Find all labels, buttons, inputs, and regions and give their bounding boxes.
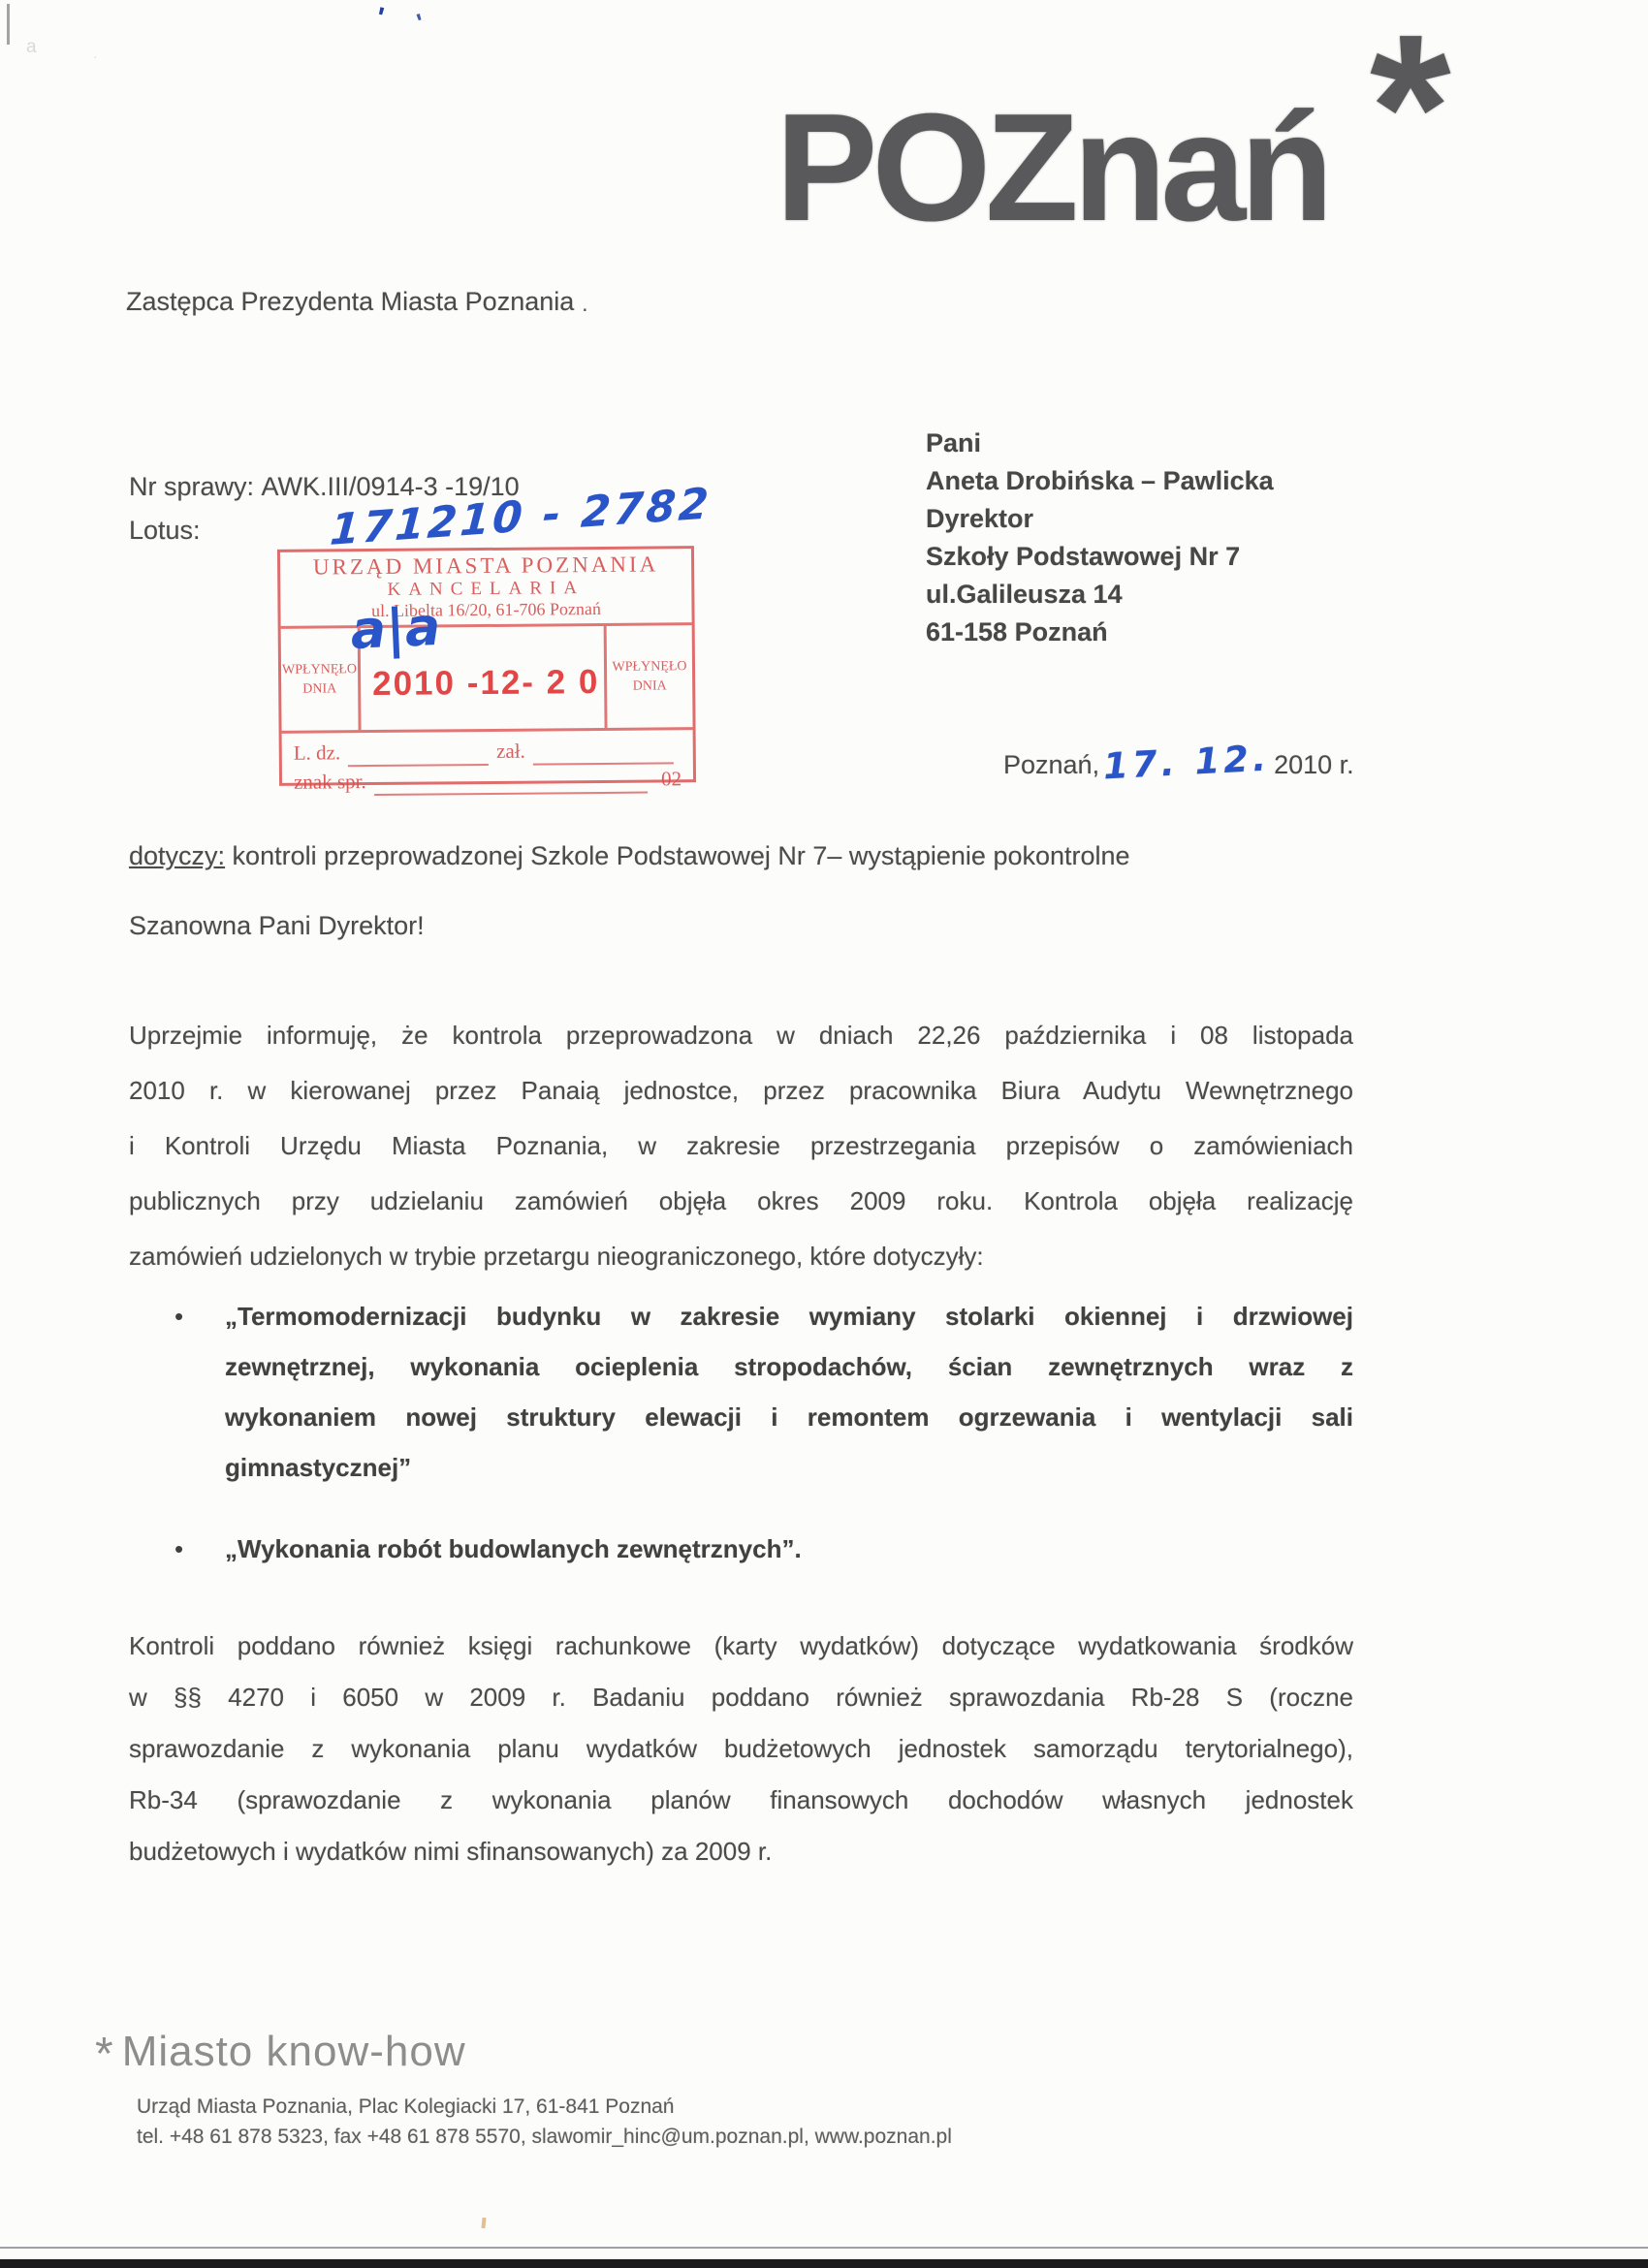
- stamp-date-value: 2010 -12- 2 0: [372, 663, 600, 704]
- stamp-received-label-left: WPŁYNĘŁO DNIA: [281, 628, 362, 731]
- paragraph-line: sprawozdanie z wykonania planu wydatków …: [129, 1723, 1353, 1775]
- paragraph-line: publicznych przy udzielaniu zamówień obj…: [129, 1174, 1353, 1229]
- dateline-city: Poznań,: [1003, 750, 1099, 780]
- pen-mark: ': [413, 8, 428, 38]
- stamp-office-name: URZĄD MIASTA POZNANIA: [280, 551, 691, 581]
- scan-edge-mark: [7, 4, 10, 45]
- salutation: Szanowna Pani Dyrektor!: [129, 911, 425, 941]
- bullet-2-text: „Wykonania robót budowlanych zewnętrznyc…: [225, 1524, 1353, 1574]
- recipient-line: ul.Galileusza 14: [926, 576, 1274, 614]
- stamp-znak-value: 02: [661, 764, 681, 793]
- dateline-year: 2010 r.: [1274, 750, 1354, 780]
- bullet-line: zewnętrznej, wykonania ocieplenia stropo…: [225, 1341, 1353, 1392]
- recipient-line: 61-158 Poznań: [926, 614, 1274, 651]
- bullet-line: wykonaniem nowej struktury elewacji i re…: [225, 1392, 1353, 1442]
- subject-line: dotyczy: kontroli przeprowadzonej Szkole…: [129, 841, 1130, 871]
- stamp-received-word: WPŁYNĘŁO: [612, 657, 686, 677]
- recipient-line: Dyrektor: [926, 500, 1274, 538]
- bullet-item: • „Termomodernizacji budynku w zakresie …: [174, 1291, 1353, 1493]
- scan-bottom-hairline: [0, 2247, 1648, 2249]
- footer-address-block: Urząd Miasta Poznania, Plac Kolegiacki 1…: [137, 2092, 952, 2152]
- footer-slogan: *Miasto know-how: [95, 2028, 466, 2081]
- paragraph-line: Uprzejmie informuję, że kontrola przepro…: [129, 1008, 1353, 1063]
- stamp-zal-label: zał.: [496, 737, 525, 766]
- footer-asterisk-icon: *: [95, 2029, 114, 2080]
- paragraph-line: zamówień udzielonych w trybie przetargu …: [129, 1229, 1353, 1284]
- dateline: Poznań, 17. 12. 2010 r.: [1003, 744, 1354, 786]
- stamp-blank-line: [348, 744, 489, 767]
- stamp-header: URZĄD MIASTA POZNANIA KANCELARIA ul. Lib…: [280, 549, 692, 629]
- scan-speck: [481, 2218, 486, 2228]
- stamp-blank-line: [374, 772, 649, 796]
- stamp-handwritten-initials: a|a: [349, 596, 441, 661]
- poznan-logo: POZnań *: [771, 53, 1459, 242]
- lotus-label: Lotus:: [129, 509, 201, 552]
- scan-bottom-bar: [0, 2259, 1648, 2268]
- pen-mark: ': [372, 2, 387, 36]
- subject-label: dotyczy:: [129, 841, 225, 870]
- stamp-received-word: DNIA: [633, 677, 667, 696]
- paragraph-line: budżetowych i wydatków nimi sfinansowany…: [129, 1826, 1353, 1877]
- paragraph-line: w §§ 4270 i 6050 w 2009 r. Badaniu podda…: [129, 1672, 1353, 1723]
- recipient-line: Aneta Drobińska – Pawlicka: [926, 462, 1274, 500]
- sender-title: Zastępca Prezydenta Miasta Poznania: [126, 287, 574, 317]
- footer-contact-line: tel. +48 61 878 5323, fax +48 61 878 557…: [137, 2122, 952, 2152]
- recipient-block: PaniAneta Drobińska – PawlickaDyrektorSz…: [926, 425, 1274, 651]
- footer-slogan-text: Miasto know-how: [122, 2028, 466, 2075]
- registry-stamp: URZĄD MIASTA POZNANIA KANCELARIA ul. Lib…: [277, 546, 696, 786]
- stamp-znak-label: znak spr.: [294, 767, 366, 797]
- poznan-logo-asterisk-icon: *: [1370, 0, 1451, 228]
- case-number-label: Nr sprawy:: [129, 465, 254, 509]
- bullet-line: „Wykonania robót budowlanych zewnętrznyc…: [225, 1524, 1353, 1574]
- poznan-logo-text: POZnań: [776, 80, 1328, 256]
- paragraph-1: Uprzejmie informuję, że kontrola przepro…: [129, 1008, 1353, 1284]
- bullet-line: „Termomodernizacji budynku w zakresie wy…: [225, 1291, 1353, 1341]
- paragraph-line: Kontroli poddano również księgi rachunko…: [129, 1621, 1353, 1672]
- bullet-item: • „Wykonania robót budowlanych zewnętrzn…: [174, 1524, 1353, 1574]
- bullet-marker-icon: •: [174, 1291, 225, 1493]
- stamp-received-word: DNIA: [302, 679, 336, 699]
- dateline-handwritten-day: 17. 12.: [1102, 738, 1271, 788]
- footer-address-line: Urząd Miasta Poznania, Plac Kolegiacki 1…: [137, 2092, 952, 2122]
- stamp-middle-row: WPŁYNĘŁO DNIA 2010 -12- 2 0 WPŁYNĘŁO DNI…: [281, 625, 693, 734]
- recipient-line: Szkoły Podstawowej Nr 7: [926, 538, 1274, 576]
- bullet-line: gimnastycznej”: [225, 1442, 1353, 1493]
- paragraph-line: Rb-34 (sprawozdanie z wykonania planów f…: [129, 1775, 1353, 1826]
- paragraph-line: i Kontroli Urzędu Miasta Poznania, w zak…: [129, 1118, 1353, 1174]
- stamp-blank-line: [533, 742, 674, 765]
- scanned-letter-page: a · ' ' POZnań * Zastępca Prezydenta Mia…: [0, 0, 1648, 2268]
- bullet-list: • „Termomodernizacji budynku w zakresie …: [174, 1291, 1353, 1574]
- paragraph-line: 2010 r. w kierowanej przez Panaią jednos…: [129, 1063, 1353, 1118]
- stamp-address: ul. Libelta 16/20, 61-706 Poznań: [280, 598, 691, 622]
- stamp-received-label-right: WPŁYNĘŁO DNIA: [607, 625, 693, 728]
- stray-dot: .: [582, 291, 588, 318]
- recipient-line: Pani: [926, 425, 1274, 462]
- stamp-footer: L. dz. zał. znak spr. 02: [282, 730, 694, 797]
- subject-text: kontroli przeprowadzonej Szkole Podstawo…: [225, 841, 1130, 870]
- stamp-ldz-label: L. dz.: [294, 738, 341, 767]
- paragraph-2: Kontroli poddano również księgi rachunko…: [129, 1621, 1353, 1877]
- bullet-1-text: „Termomodernizacji budynku w zakresie wy…: [225, 1291, 1353, 1493]
- bullet-marker-icon: •: [174, 1524, 225, 1574]
- scan-speck: ·: [93, 48, 98, 64]
- scan-speck: a: [26, 37, 37, 58]
- stamp-received-word: WPŁYNĘŁO: [282, 660, 357, 680]
